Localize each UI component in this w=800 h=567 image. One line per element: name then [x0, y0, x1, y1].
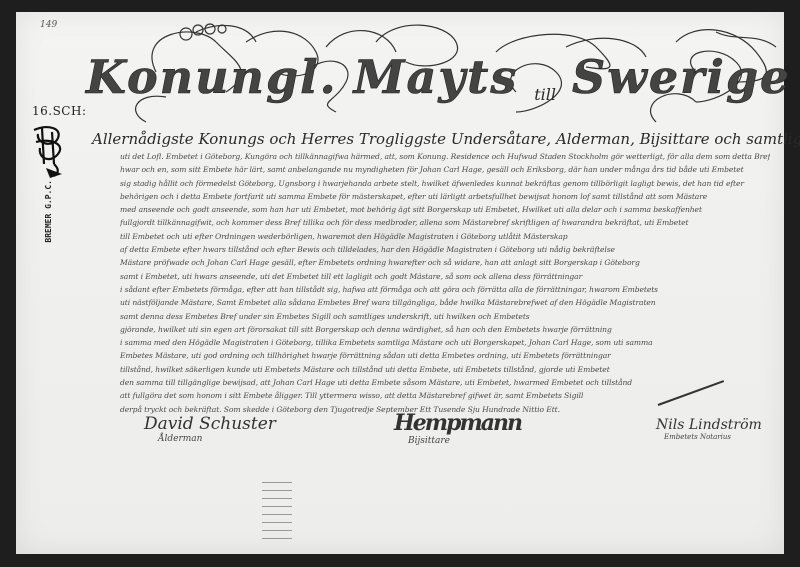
- signature-role: Embetets Notarius: [664, 433, 762, 441]
- signature-alderman: David Schuster Ålderman: [144, 414, 276, 444]
- body-line: behörigen och i detta Embete fortfarit u…: [120, 190, 770, 203]
- body-line: hwar och en, som sitt Embete här lärt, s…: [120, 163, 770, 176]
- body-line: Embetes Mästare, uti god ordning och til…: [120, 349, 770, 362]
- body-line: i sådant efter Embetets förmåga, efter a…: [120, 283, 770, 296]
- document-subtitle: Allernådigste Konungs och Herres Troglig…: [92, 130, 792, 148]
- body-line: af detta Embete efter hwars tillstånd oc…: [120, 243, 770, 256]
- body-line: gjörande, hwilket uti sin egen art föror…: [120, 323, 770, 336]
- body-line: tillstånd, hwilket säkerligen kunde uti …: [120, 363, 770, 376]
- fee-mark: 16.SCH:: [32, 104, 87, 118]
- signature-notarius: Nils Lindström Embetets Notarius: [656, 417, 762, 441]
- body-line: fullgjordt tillkännagifwit, och kommer d…: [120, 216, 770, 229]
- body-line: den samma till tillgänglige bewijsad, at…: [120, 376, 770, 389]
- body-line: uti det Lofl. Embetet i Göteborg, Kungör…: [120, 150, 770, 163]
- document-header: Konungl. Mayts till Swerige &c. &c. Fär: [86, 50, 776, 104]
- signature-role: Ålderman: [158, 434, 276, 444]
- header-word-mayts: Mayts: [354, 50, 519, 104]
- header-word-konungl: Konungl.: [86, 50, 338, 104]
- bremer-stamp: BREMER G.P.C.: [44, 180, 53, 243]
- body-line: sig stadig hållit och förmedelst Götebor…: [120, 177, 770, 190]
- body-line: med anseende och godt anseende, som han …: [120, 203, 770, 216]
- folio-number: 149: [40, 20, 57, 30]
- document-body: uti det Lofl. Embetet i Göteborg, Kungör…: [120, 150, 770, 416]
- body-line: i samma med den Högädle Magistraten i Gö…: [120, 336, 770, 349]
- signature-name: David Schuster: [144, 414, 276, 434]
- fold-marks: [262, 482, 292, 546]
- body-line: uti nästföljande Mästare, Samt Embetet a…: [120, 296, 770, 309]
- header-word-till: till: [534, 85, 556, 104]
- body-line: samt i Embetet, uti hwars anseende, uti …: [120, 270, 770, 283]
- signature-bijsittare: Hempmann Bijsittare: [394, 410, 521, 446]
- body-line: samt denna dess Embetes Bref under sin E…: [120, 310, 770, 323]
- seal-monogram-icon: [28, 124, 72, 180]
- body-line: Mästare pröfwade och Johan Carl Hage ges…: [120, 256, 770, 269]
- header-word-swerige: Swerige: [572, 50, 791, 104]
- signature-name: Hempmann: [394, 410, 521, 436]
- signature-name: Nils Lindström: [656, 417, 762, 433]
- signature-role: Bijsittare: [408, 436, 521, 446]
- body-line: till Embetet och uti efter Ordningen wed…: [120, 230, 770, 243]
- document-page: 149 Konungl. Mayts till Swerige &c. &c. …: [16, 12, 784, 554]
